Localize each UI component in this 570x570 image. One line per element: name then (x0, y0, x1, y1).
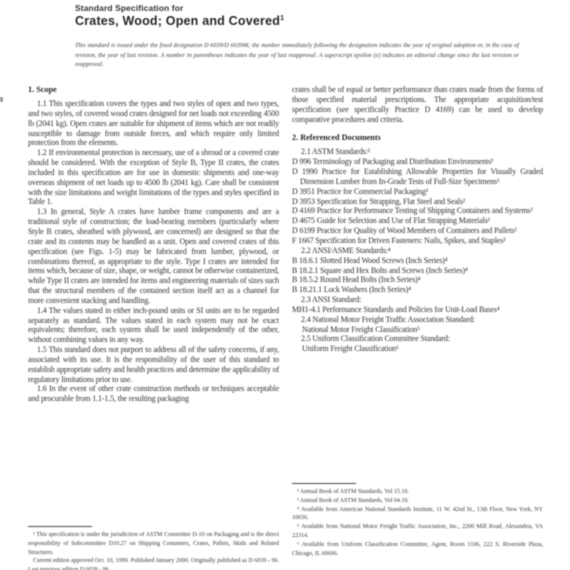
title-block: Standard Specification for Crates, Wood;… (75, 3, 505, 28)
reference-item: F 1667 Specification for Driven Fastener… (292, 236, 543, 246)
document-page: Standard Specification for Crates, Wood;… (0, 0, 570, 570)
footnote-5: ⁵ Available from National Motor Freight … (292, 523, 543, 541)
right-footnote-block: ² Annual Book of ASTM Standards, Vol 15.… (292, 483, 543, 558)
footnote-edition: Current edition approved Oct. 10, 1999. … (28, 557, 279, 570)
section-heading-scope: 1. Scope (28, 85, 279, 95)
reference-item: D 6199 Practice for Quality of Wood Memb… (292, 226, 543, 236)
reference-item: National Motor Freight Classification⁵ (292, 325, 543, 335)
left-column: 1. Scope 1.1 This specification covers t… (28, 85, 279, 570)
title-eyebrow: Standard Specification for (75, 3, 505, 14)
reference-item: D 996 Terminology of Packaging and Distr… (292, 157, 543, 167)
reference-item: MH1-4.1 Performance Standards and Polici… (292, 305, 543, 315)
footnote-divider-left (28, 526, 92, 527)
two-column-layout: 1. Scope 1.1 This specification covers t… (28, 85, 544, 570)
paragraph-1-5: 1.5 This standard does not purport to ad… (28, 345, 279, 384)
reference-item: B 18.21.1 Lock Washers (Inch Series)⁴ (292, 285, 543, 295)
title-footnote-marker: 1 (280, 15, 284, 22)
paragraph-1-2: 1.2 If environmental protection is neces… (28, 148, 279, 207)
footnote-divider-right (292, 483, 356, 484)
paragraph-1-3: 1.3 In general, Style A crates have lumb… (28, 207, 279, 305)
footnote-2: ² Annual Book of ASTM Standards, Vol 15.… (292, 488, 543, 497)
reference-item: D 4169 Practice for Performance Testing … (292, 206, 543, 216)
subsection-2-3-label: 2.3 ANSI Standard: (292, 295, 543, 305)
paragraph-1-6: 1.6 In the event of other crate construc… (28, 384, 279, 404)
right-column: crates shall be of equal or better perfo… (292, 85, 543, 570)
reference-item: B 18.5.2 Round Head Bolts (Inch Series)⁴ (292, 275, 543, 285)
footnote-4: ⁴ Available from American National Stand… (292, 506, 543, 524)
scanned-content-layer: Standard Specification for Crates, Wood;… (0, 0, 570, 570)
paragraph-1-6-continuation: crates shall be of equal or better perfo… (292, 85, 543, 124)
reference-item: D 3953 Specification for Strapping, Flat… (292, 197, 543, 207)
reference-item: B 18.6.1 Slotted Head Wood Screws (Inch … (292, 256, 543, 266)
scan-artifact-speck (0, 97, 3, 102)
issuance-note: This standard is issued under the fixed … (75, 41, 519, 70)
page-title-text: Crates, Wood; Open and Covered (75, 14, 280, 28)
subsection-2-1-label: 2.1 ASTM Standards:² (292, 147, 543, 157)
subsection-2-2-label: 2.2 ANSI/ASME Standards:⁴ (292, 246, 543, 256)
footnote-1: ¹ This specification is under the jurisd… (28, 531, 279, 557)
reference-item: D 3951 Practice for Commercial Packaging… (292, 187, 543, 197)
footnote-3: ³ Annual Book of ASTM Standards, Vol 04.… (292, 497, 543, 506)
subsection-2-5-label: 2.5 Uniform Classification Committee Sta… (292, 334, 543, 344)
left-footnote-block: ¹ This specification is under the jurisd… (28, 526, 279, 570)
paragraph-1-1: 1.1 This specification covers the types … (28, 99, 279, 148)
subsection-2-4-label: 2.4 National Motor Freight Traffic Assoc… (292, 315, 543, 325)
reference-item: Uniform Freight Classification⁶ (292, 344, 543, 354)
reference-item: D 4675 Guide for Selection and Use of Fl… (292, 216, 543, 226)
reference-item: D 1990 Practice for Establishing Allowab… (292, 167, 543, 187)
section-heading-referenced-documents: 2. Referenced Documents (292, 133, 543, 143)
reference-item: B 18.2.1 Square and Hex Bolts and Screws… (292, 266, 543, 276)
paragraph-1-4: 1.4 The values stated in either inch-pou… (28, 306, 279, 345)
footnote-6: ⁶ Available from Uniform Classification … (292, 541, 543, 559)
page-title: Crates, Wood; Open and Covered1 (75, 14, 505, 28)
